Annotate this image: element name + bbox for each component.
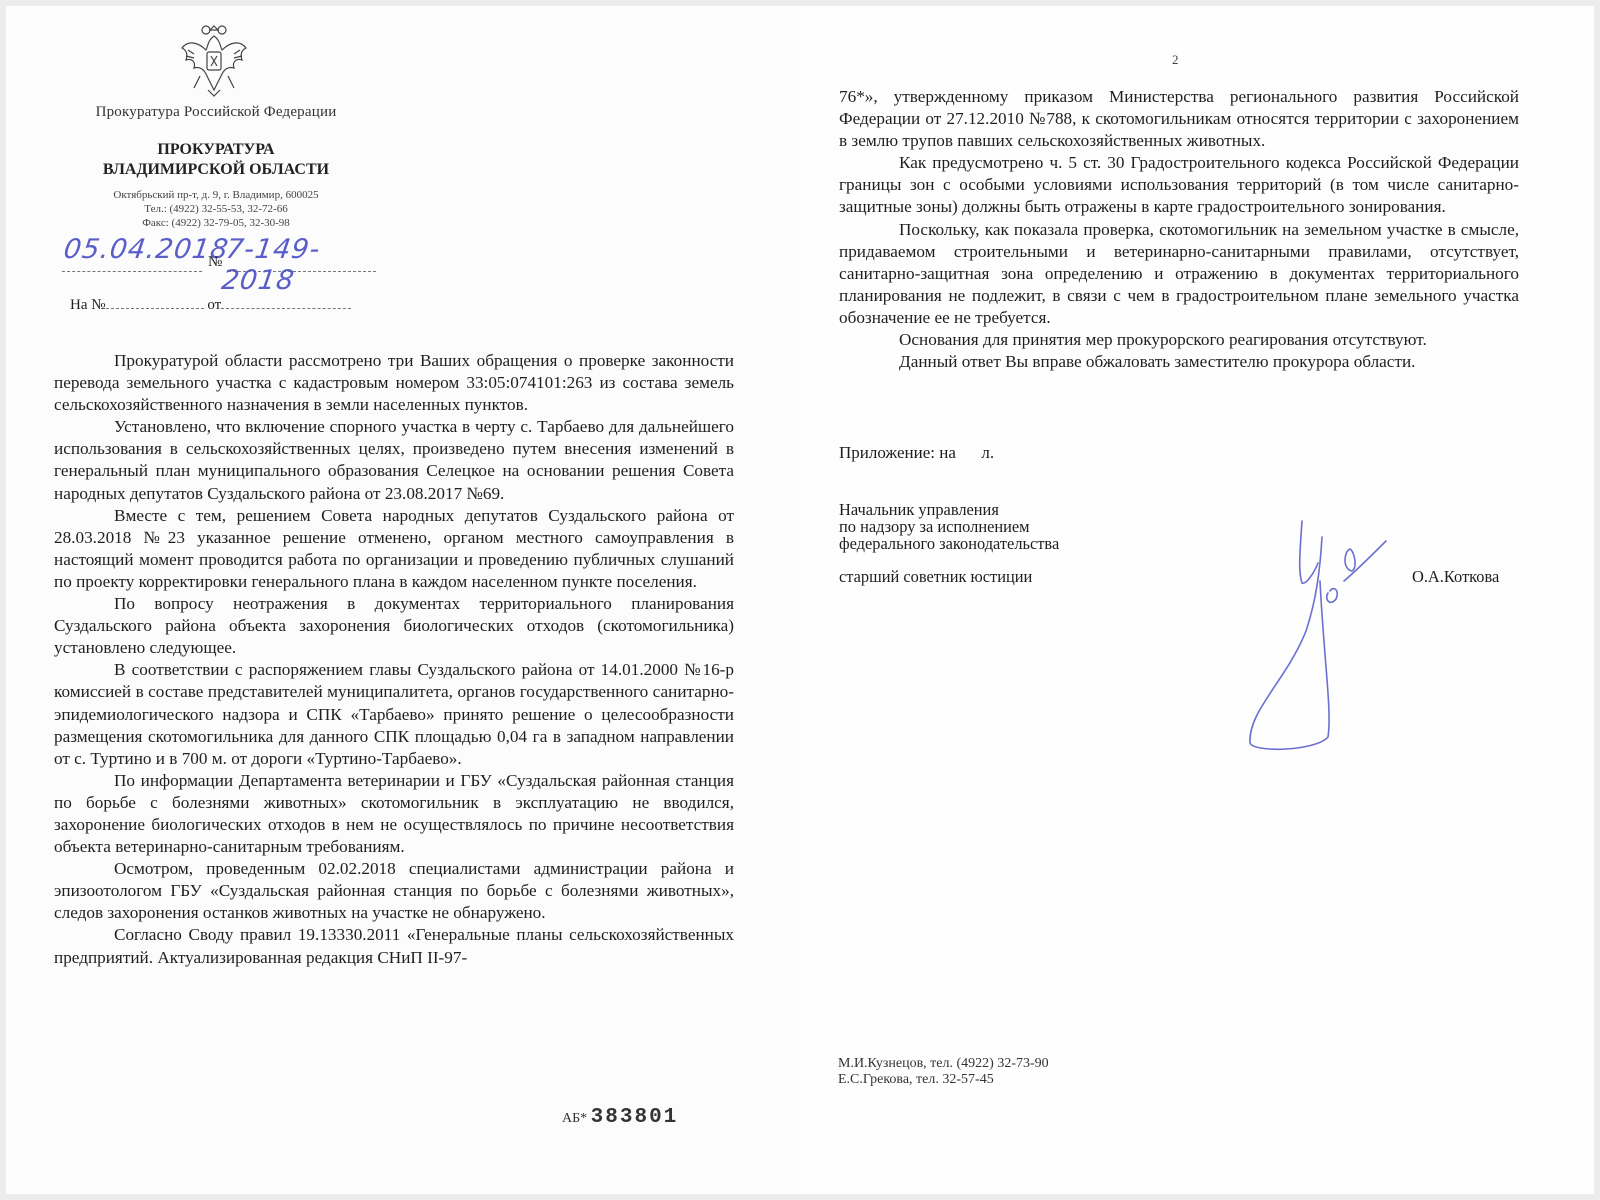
page-number: 2 <box>1172 52 1179 68</box>
reply-from-blank <box>221 296 351 309</box>
agency-top-line: Прокуратура Российской Федерации <box>66 104 366 121</box>
page-1: Прокуратура Российской Федерации ПРОКУРА… <box>6 6 801 1194</box>
reply-reference-line: На № от <box>70 296 351 314</box>
paragraph: Согласно Своду правил 19.13330.2011 «Ген… <box>54 924 734 968</box>
paragraph: Вместе с тем, решением Совета народных д… <box>54 505 734 593</box>
signer-rank: старший советник юстиции <box>839 567 1032 587</box>
handwritten-signature-icon <box>1236 511 1406 761</box>
signer-title-line: федерального законодательства <box>839 535 1059 552</box>
russian-coat-of-arms-icon <box>178 20 250 98</box>
reply-to-label: На № <box>70 297 106 313</box>
paragraph: Установлено, что включение спорного учас… <box>54 416 734 504</box>
signer-title-line: по надзору за исполнением <box>839 518 1059 535</box>
signer-name: О.А.Коткова <box>1412 567 1499 587</box>
paragraph: По вопросу неотражения в документах терр… <box>54 593 734 659</box>
agency-phone: Тел.: (4922) 32-55-53, 32-72-66 <box>66 202 366 216</box>
registration-line: 05.04.2018 № 7-149-2018 <box>56 234 386 274</box>
paragraph: В соответствии с распоряжением главы Суз… <box>54 659 734 769</box>
letter-body-page-2: 76*», утвержденному приказом Министерств… <box>839 86 1519 373</box>
reply-to-blank <box>106 296 204 309</box>
paragraph: Данный ответ Вы вправе обжаловать замест… <box>839 351 1519 373</box>
handwritten-date: 05.04.2018 <box>62 234 231 265</box>
number-label: № <box>208 254 222 271</box>
agency-name-line1: ПРОКУРАТУРА <box>66 140 366 160</box>
serial-prefix: АБ* <box>562 1111 587 1126</box>
agency-name: ПРОКУРАТУРА ВЛАДИМИРСКОЙ ОБЛАСТИ <box>66 140 366 180</box>
scanned-letter-spread: Прокуратура Российской Федерации ПРОКУРА… <box>6 6 1594 1194</box>
continuation-paragraph: 76*», утвержденному приказом Министерств… <box>839 86 1519 152</box>
paragraph: Поскольку, как показала проверка, скотом… <box>839 219 1519 329</box>
form-serial-number: АБ* 383801 <box>562 1106 678 1129</box>
signer-title-line: Начальник управления <box>839 501 1059 518</box>
reply-from-label: от <box>207 297 221 313</box>
executors-contacts: М.И.Кузнецов, тел. (4922) 32-73-90 Е.С.Г… <box>838 1056 1049 1088</box>
signer-title: Начальник управления по надзору за испол… <box>839 501 1059 552</box>
agency-address: Октябрьский пр-т, д. 9, г. Владимир, 600… <box>66 188 366 202</box>
paragraph: Прокуратурой области рассмотрено три Ваш… <box>54 350 734 416</box>
agency-contacts: Октябрьский пр-т, д. 9, г. Владимир, 600… <box>66 188 366 230</box>
paragraph: По информации Департамента ветеринарии и… <box>54 770 734 858</box>
agency-fax: Факс: (4922) 32-79-05, 32-30-98 <box>66 216 366 230</box>
serial-number: 383801 <box>591 1106 679 1129</box>
attachment-note: Приложение: на л. <box>839 443 994 463</box>
executor-line: М.И.Кузнецов, тел. (4922) 32-73-90 <box>838 1056 1049 1072</box>
date-underline <box>62 271 202 272</box>
paragraph: Осмотром, проведенным 02.02.2018 специал… <box>54 858 734 924</box>
letter-body-page-1: Прокуратурой области рассмотрено три Ваш… <box>54 350 734 969</box>
paragraph: Основания для принятия мер прокурорского… <box>839 329 1519 351</box>
executor-line: Е.С.Грекова, тел. 32-57-45 <box>838 1072 1049 1088</box>
paragraph: Как предусмотрено ч. 5 ст. 30 Градострои… <box>839 152 1519 218</box>
agency-name-line2: ВЛАДИМИРСКОЙ ОБЛАСТИ <box>66 160 366 180</box>
handwritten-reg-number: 7-149-2018 <box>220 234 391 296</box>
